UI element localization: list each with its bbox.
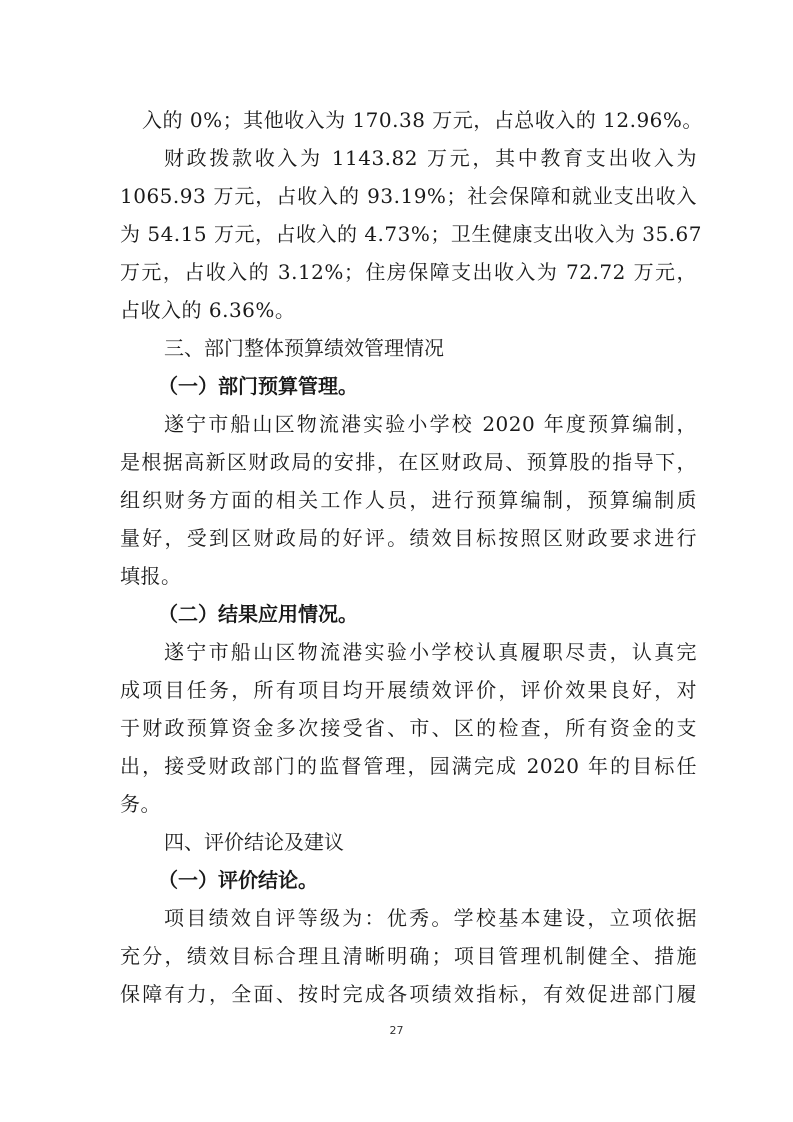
body-line: 于财政预算资金多次接受省、市、区的检查，所有资金的支 — [120, 716, 697, 740]
document-page: 入的 0%；其他收入为 170.38 万元，占总收入的 12.96%。 财政拨款… — [0, 0, 793, 1122]
subsection-heading-3-2: （二）结果应用情况。 — [158, 602, 358, 626]
body-line: 遂宁市船山区物流港实验小学校认真履职尽责，认真完 — [164, 640, 697, 664]
section-heading-4: 四、评价结论及建议 — [164, 830, 344, 854]
body-line: 1065.93 万元，占收入的 93.19%；社会保障和就业支出收入 — [120, 184, 697, 208]
subsection-heading-3-1: （一）部门预算管理。 — [158, 374, 358, 398]
body-line: 务。 — [120, 792, 697, 816]
body-line: 遂宁市船山区物流港实验小学校 2020 年度预算编制， — [164, 412, 697, 436]
body-line: 充分，绩效目标合理且清晰明确；项目管理机制健全、措施 — [120, 944, 697, 968]
body-line: 组织财务方面的相关工作人员，进行预算编制，预算编制质 — [120, 488, 697, 512]
body-line: 项目绩效自评等级为：优秀。学校基本建设，立项依据 — [164, 906, 697, 930]
body-line: 保障有力，全面、按时完成各项绩效指标，有效促进部门履 — [120, 982, 697, 1006]
body-line: 是根据高新区财政局的安排，在区财政局、预算股的指导下， — [120, 450, 697, 474]
subsection-heading-4-1: （一）评价结论。 — [158, 868, 318, 892]
body-line: 为 54.15 万元，占收入的 4.73%；卫生健康支出收入为 35.67 — [120, 222, 697, 246]
body-line: 万元，占收入的 3.12%；住房保障支出收入为 72.72 万元， — [120, 260, 697, 284]
body-line: 成项目任务，所有项目均开展绩效评价，评价效果良好，对 — [120, 678, 697, 702]
body-line: 财政拨款收入为 1143.82 万元，其中教育支出收入为 — [164, 146, 697, 170]
page-number: 27 — [0, 1024, 793, 1037]
body-line: 填报。 — [120, 564, 697, 588]
section-heading-3: 三、部门整体预算绩效管理情况 — [164, 336, 444, 360]
body-line: 量好，受到区财政局的好评。绩效目标按照区财政要求进行 — [120, 526, 697, 550]
body-line: 占收入的 6.36%。 — [120, 298, 697, 322]
body-line: 入的 0%；其他收入为 170.38 万元，占总收入的 12.96%。 — [142, 108, 697, 132]
body-line: 出，接受财政部门的监督管理，园满完成 2020 年的目标任 — [120, 754, 697, 778]
